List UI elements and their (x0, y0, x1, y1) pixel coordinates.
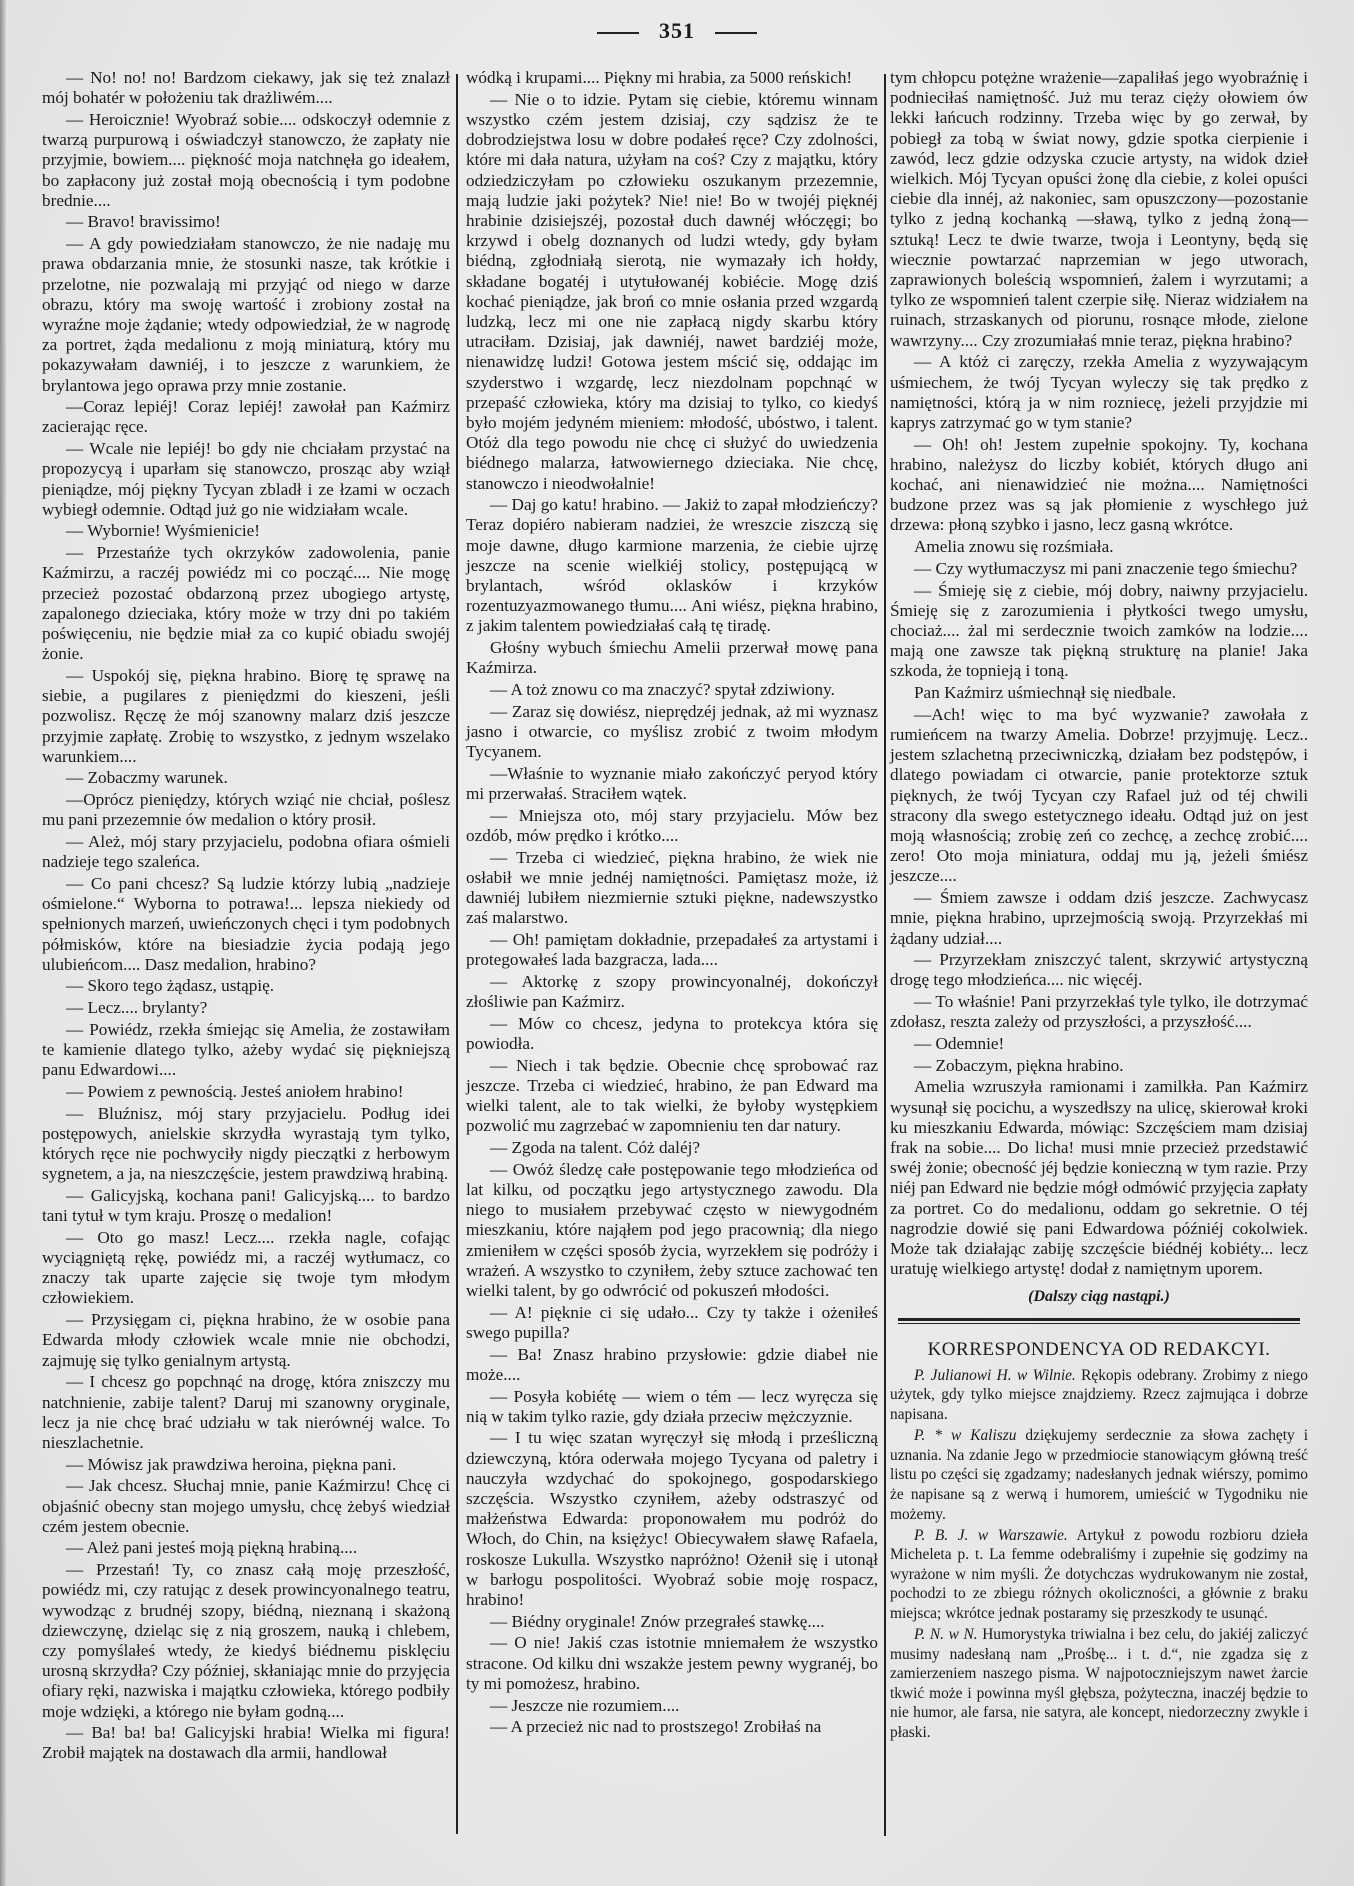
paragraph: Pan Kaźmirz uśmiechnął się niedbale. (890, 683, 1308, 703)
paragraph: — Bravo! bravissimo! (42, 212, 450, 232)
paragraph: — Mniejsza oto, mój stary przyjacielu. M… (466, 806, 878, 846)
column-rule-right (884, 74, 886, 1836)
paragraph: Głośny wybuch śmiechu Amelii przerwał mo… (466, 638, 878, 678)
paragraph: — I chcesz go popchnąć na drogę, która z… (42, 1372, 450, 1453)
paragraph: — Śmieję się z ciebie, mój dobry, naiwny… (890, 581, 1308, 682)
paragraph: — Powiédz, rzekła śmiejąc się Amelia, że… (42, 1020, 450, 1081)
correspondence-addressee: P. N. w N. (914, 1626, 978, 1643)
correspondence-entry: P. * w Kaliszu dziękujemy serdecznie za … (890, 1426, 1308, 1524)
paragraph: — Mówisz jak prawdziwa heroina, piękna p… (42, 1455, 450, 1475)
paragraph: — Zobaczmy warunek. (42, 768, 450, 788)
page-number: 351 (659, 18, 695, 43)
paragraph: — Oh! pamiętam dokładnie, przepadałeś za… (466, 930, 878, 970)
header-dash-left (597, 32, 639, 34)
paragraph: —Oprócz pieniędzy, których wziąć nie chc… (42, 790, 450, 830)
paragraph: — Ależ, mój stary przyjacielu, podobna o… (42, 832, 450, 872)
paragraph: —Właśnie to wyznanie miało zakończyć per… (466, 764, 878, 804)
paragraph: — Mów co chcesz, jedyna to protekcya któ… (466, 1014, 878, 1054)
paragraph: — Galicyjską, kochana pani! Galicyjską..… (42, 1186, 450, 1226)
paragraph: — A gdy powiedziałam stanowczo, że nie n… (42, 234, 450, 396)
correspondence-entry: P. B. J. w Warszawie. Artykuł z powodu r… (890, 1526, 1308, 1624)
paragraph: — Posyła kobiétę — wiem o tém — lecz wyr… (466, 1387, 878, 1427)
header-dash-right (715, 32, 757, 34)
paragraph: — Wcale nie lepiéj! bo gdy nie chciałam … (42, 439, 450, 520)
paragraph: — Śmiem zawsze i oddam dziś jeszcze. Zac… (890, 888, 1308, 949)
section-divider (898, 1318, 1300, 1324)
paragraph: — Ba! Znasz hrabino przysłowie: gdzie di… (466, 1345, 878, 1385)
paragraph: —Ach! więc to ma być wyzwanie? zawołała … (890, 705, 1308, 887)
paragraph: — Zaraz się dowiész, nieprędzéj jednak, … (466, 702, 878, 763)
paragraph: — Owóż śledzę całe postępowanie tego mło… (466, 1160, 878, 1301)
paragraph: — Jeszcze nie rozumiem.... (466, 1696, 878, 1716)
paragraph: — I tu więc szatan wyręczył się młodą i … (466, 1428, 878, 1610)
paragraph: — Ależ pani jesteś moją piękną hrabiną..… (42, 1538, 450, 1558)
correspondence-title: KORRESPONDENCYA OD REDAKCYI. (890, 1340, 1308, 1360)
paragraph: — Aktorkę z szopy prowincyonalnéj, dokoń… (466, 972, 878, 1012)
paragraph: — Powiem z pewnością. Jesteś aniołem hra… (42, 1082, 450, 1102)
text-column-3: tym chłopcu potężne wrażenie—zapaliłaś j… (890, 68, 1308, 1744)
paragraph: — Przyrzekłam zniszczyć talent, skrzywić… (890, 950, 1308, 990)
paragraph: — O nie! Jakiś czas istotnie mniemałem ż… (466, 1633, 878, 1694)
text-column-2: wódką i krupami.... Piękny mi hrabia, za… (466, 68, 878, 1739)
paragraph: — Jak chcesz. Słuchaj mnie, panie Kaźmir… (42, 1476, 450, 1537)
correspondence-addressee: P. Julianowi H. w Wilnie. (914, 1367, 1076, 1384)
paragraph: — A! pięknie ci się udało... Czy ty takż… (466, 1303, 878, 1343)
paragraph: — Biédny oryginale! Znów przegrałeś staw… (466, 1612, 878, 1632)
paragraph: — Co pani chcesz? Są ludzie którzy lubią… (42, 874, 450, 975)
paragraph: — Trzeba ci wiedzieć, piękna hrabino, że… (466, 848, 878, 929)
paragraph: — Przysięgam ci, piękna hrabino, że w os… (42, 1310, 450, 1371)
paragraph: tym chłopcu potężne wrażenie—zapaliłaś j… (890, 68, 1308, 351)
column-rule-left (456, 74, 458, 1834)
paragraph: — Przestań! Ty, co znasz całą moję przes… (42, 1560, 450, 1722)
paragraph: — Odemnie! (890, 1034, 1308, 1054)
paragraph: — Zgoda na talent. Cóż daléj? (466, 1138, 878, 1158)
paragraph: Amelia znowu się rozśmiała. (890, 537, 1308, 557)
paragraph: — Nie o to idzie. Pytam się ciebie, któr… (466, 90, 878, 494)
paragraph: — To właśnie! Pani przyrzekłaś tyle tylk… (890, 992, 1308, 1032)
paragraph: — A przecież nic nad to prostszego! Zrob… (466, 1717, 878, 1737)
paragraph: — Ba! ba! ba! Galicyjski hrabia! Wielka … (42, 1723, 450, 1763)
paragraph: — Oh! oh! Jestem zupełnie spokojny. Ty, … (890, 435, 1308, 536)
paragraph: — Przestańże tych okrzyków zadowolenia, … (42, 543, 450, 664)
paragraph: — Heroicznie! Wyobraź sobie.... odskoczy… (42, 110, 450, 211)
newspaper-page: 351 — No! no! no! Bardzom ciekawy, jak s… (0, 0, 1354, 1886)
correspondence-entries: P. Julianowi H. w Wilnie. Rękopis odebra… (890, 1366, 1308, 1743)
text-column-1: — No! no! no! Bardzom ciekawy, jak się t… (42, 68, 450, 1765)
paragraph: — Wybornie! Wyśmienicie! (42, 521, 450, 541)
correspondence-text: Humorystyka triwialna i bez celu, do jak… (890, 1626, 1308, 1741)
paragraph: wódką i krupami.... Piękny mi hrabia, za… (466, 68, 878, 88)
correspondence-addressee: P. * w Kaliszu (914, 1427, 1016, 1444)
story-paragraphs: tym chłopcu potężne wrażenie—zapaliłaś j… (890, 68, 1308, 1279)
paragraph: — No! no! no! Bardzom ciekawy, jak się t… (42, 68, 450, 108)
paragraph: — Czy wytłumaczysz mi pani znaczenie teg… (890, 559, 1308, 579)
paragraph: — Zobaczym, piękna hrabino. (890, 1056, 1308, 1076)
continued-note: (Dalszy ciąg nastąpi.) (890, 1287, 1308, 1307)
paragraph: — Oto go masz! Lecz.... rzekła nagle, co… (42, 1228, 450, 1309)
correspondence-entry: P. Julianowi H. w Wilnie. Rękopis odebra… (890, 1366, 1308, 1425)
paragraph: — Lecz.... brylanty? (42, 998, 450, 1018)
correspondence-addressee: P. B. J. w Warszawie. (914, 1527, 1068, 1544)
page-binding-edge (0, 0, 6, 1886)
paragraph: Amelia wzruszyła ramionami i zamilkła. P… (890, 1077, 1308, 1279)
paragraph: — Daj go katu! hrabino. — Jakiż to zapał… (466, 495, 878, 636)
paragraph: — A któż ci zaręczy, rzekła Amelia z wyz… (890, 352, 1308, 433)
paragraph: — Bluźnisz, mój stary przyjacielu. Podłu… (42, 1104, 450, 1185)
correspondence-entry: P. N. w N. Humorystyka triwialna i bez c… (890, 1625, 1308, 1743)
page-number-header: 351 (0, 18, 1354, 44)
paragraph: — A toż znowu co ma znaczyć? spytał zdzi… (466, 680, 878, 700)
paragraph: — Skoro tego żądasz, ustąpię. (42, 976, 450, 996)
paragraph: — Uspokój się, piękna hrabino. Biorę tę … (42, 666, 450, 767)
paragraph: — Niech i tak będzie. Obecnie chcę sprob… (466, 1056, 878, 1137)
paragraph: —Coraz lepiéj! Coraz lepiéj! zawołał pan… (42, 397, 450, 437)
